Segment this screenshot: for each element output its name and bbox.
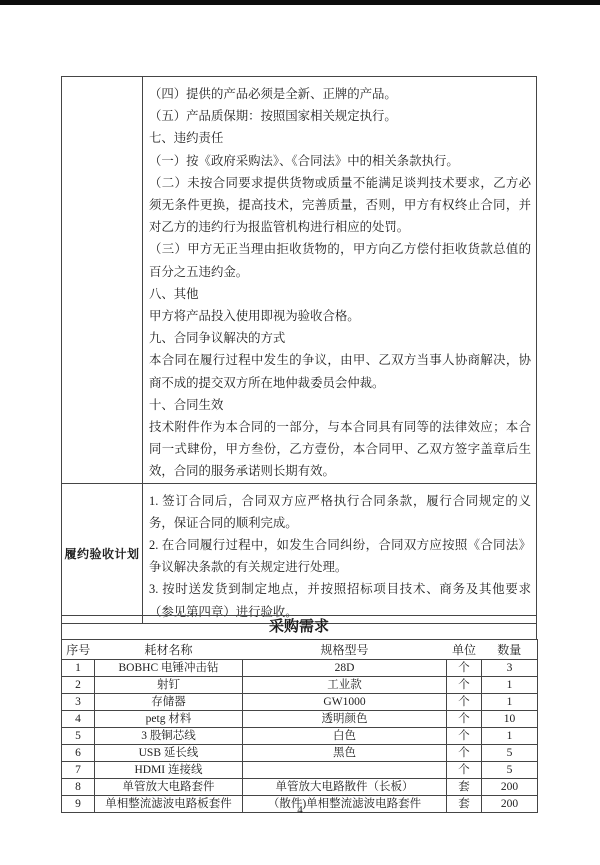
- col-header-name: 耗材名称: [95, 640, 243, 660]
- cell-qty: 1: [482, 677, 538, 694]
- scan-edge-strip: [0, 0, 600, 5]
- contract-paragraph: （二）未按合同要求提供货物或质量不能满足谈判技术要求，乙方必须无条件更换，提高技…: [149, 172, 531, 239]
- cell-no: 2: [62, 677, 95, 694]
- cell-no: 5: [62, 728, 95, 745]
- page-number: 4: [0, 804, 600, 816]
- contract-paragraph: （五）产品质保期：按照国家相关规定执行。: [149, 105, 531, 127]
- empty-label-cell: [62, 77, 143, 484]
- cell-no: 1: [62, 660, 95, 677]
- cell-unit: 个: [447, 694, 482, 711]
- document-page: （四）提供的产品必须是全新、正牌的产品。 （五）产品质保期：按照国家相关规定执行…: [0, 0, 600, 865]
- table-row-acceptance: 履约验收计划 1. 签订合同后，合同双方应严格执行合同条款，履行合同规定的义务，…: [62, 483, 537, 623]
- acceptance-plan-label: 履约验收计划: [62, 483, 143, 623]
- cell-unit: 个: [447, 677, 482, 694]
- col-header-unit: 单位: [447, 640, 482, 660]
- acceptance-item: 2. 在合同履行过程中，如发生合同纠纷，合同双方应按照《合同法》争议解决条款的有…: [149, 534, 531, 578]
- cell-spec: 28D: [243, 660, 447, 677]
- purchase-row: 6 USB 延长线 黑色 个 5: [62, 745, 538, 762]
- cell-unit: 个: [447, 711, 482, 728]
- contract-paragraph: 八、其他: [149, 283, 531, 305]
- cell-spec: 透明颜色: [243, 711, 447, 728]
- cell-no: 3: [62, 694, 95, 711]
- cell-name: 射钉: [95, 677, 243, 694]
- purchase-requirements-title: 采购需求: [61, 615, 537, 640]
- purchase-row: 8 单管放大电路套件 单管放大电路散件（长板） 套 200: [62, 779, 538, 796]
- cell-name: HDMI 连接线: [95, 762, 243, 779]
- purchase-row: 4 petg 材料 透明颜色 个 10: [62, 711, 538, 728]
- cell-name: 单管放大电路套件: [95, 779, 243, 796]
- cell-unit: 个: [447, 728, 482, 745]
- purchase-row: 2 射钉 工业款 个 1: [62, 677, 538, 694]
- cell-unit: 个: [447, 762, 482, 779]
- purchase-requirements-table: 序号 耗材名称 规格型号 单位 数量 1 BOBHC 电锤冲击钻 28D 个 3…: [61, 639, 538, 813]
- cell-unit: 套: [447, 779, 482, 796]
- cell-qty: 10: [482, 711, 538, 728]
- cell-spec: [243, 762, 447, 779]
- cell-qty: 1: [482, 728, 538, 745]
- col-header-no: 序号: [62, 640, 95, 660]
- acceptance-plan-cell: 1. 签订合同后，合同双方应严格执行合同条款，履行合同规定的义务，保证合同的顺利…: [143, 483, 537, 623]
- cell-no: 7: [62, 762, 95, 779]
- col-header-spec: 规格型号: [243, 640, 447, 660]
- contract-paragraph: 本合同在履行过程中发生的争议，由甲、乙双方当事人协商解决，协商不成的提交双方所在…: [149, 349, 531, 393]
- cell-spec: GW1000: [243, 694, 447, 711]
- contract-terms-cell: （四）提供的产品必须是全新、正牌的产品。 （五）产品质保期：按照国家相关规定执行…: [143, 77, 537, 484]
- cell-name: 存储器: [95, 694, 243, 711]
- cell-no: 6: [62, 745, 95, 762]
- contract-paragraph: 九、合同争议解决的方式: [149, 327, 531, 349]
- purchase-header-row: 序号 耗材名称 规格型号 单位 数量: [62, 640, 538, 660]
- cell-no: 8: [62, 779, 95, 796]
- purchase-row: 3 存储器 GW1000 个 1: [62, 694, 538, 711]
- cell-no: 4: [62, 711, 95, 728]
- cell-name: petg 材料: [95, 711, 243, 728]
- contract-paragraph: 七、违约责任: [149, 127, 531, 149]
- cell-name: USB 延长线: [95, 745, 243, 762]
- cell-qty: 5: [482, 745, 538, 762]
- acceptance-item: 1. 签订合同后，合同双方应严格执行合同条款，履行合同规定的义务，保证合同的顺利…: [149, 490, 531, 534]
- contract-paragraph: （四）提供的产品必须是全新、正牌的产品。: [149, 83, 531, 105]
- cell-unit: 个: [447, 745, 482, 762]
- cell-unit: 个: [447, 660, 482, 677]
- purchase-row: 1 BOBHC 电锤冲击钻 28D 个 3: [62, 660, 538, 677]
- contract-paragraph: 甲方将产品投入使用即视为验收合格。: [149, 305, 531, 327]
- contract-paragraph: （三）甲方无正当理由拒收货物的，甲方向乙方偿付拒收货款总值的百分之五违约金。: [149, 238, 531, 282]
- contract-paragraph: 技术附件作为本合同的一部分，与本合同具有同等的法律效应；本合同一式肆份，甲方叁份…: [149, 416, 531, 483]
- cell-qty: 1: [482, 694, 538, 711]
- contract-terms-table: （四）提供的产品必须是全新、正牌的产品。 （五）产品质保期：按照国家相关规定执行…: [61, 76, 537, 624]
- contract-paragraph: 十、合同生效: [149, 394, 531, 416]
- cell-name: 3 股铜芯线: [95, 728, 243, 745]
- table-row-terms: （四）提供的产品必须是全新、正牌的产品。 （五）产品质保期：按照国家相关规定执行…: [62, 77, 537, 484]
- contract-paragraph: （一）按《政府采购法》、《合同法》中的相关条款执行。: [149, 150, 531, 172]
- cell-spec: 单管放大电路散件（长板）: [243, 779, 447, 796]
- cell-spec: 白色: [243, 728, 447, 745]
- cell-qty: 5: [482, 762, 538, 779]
- cell-spec: 黑色: [243, 745, 447, 762]
- purchase-row: 5 3 股铜芯线 白色 个 1: [62, 728, 538, 745]
- cell-name: BOBHC 电锤冲击钻: [95, 660, 243, 677]
- purchase-row: 7 HDMI 连接线 个 5: [62, 762, 538, 779]
- cell-qty: 3: [482, 660, 538, 677]
- cell-spec: 工业款: [243, 677, 447, 694]
- col-header-qty: 数量: [482, 640, 538, 660]
- cell-qty: 200: [482, 779, 538, 796]
